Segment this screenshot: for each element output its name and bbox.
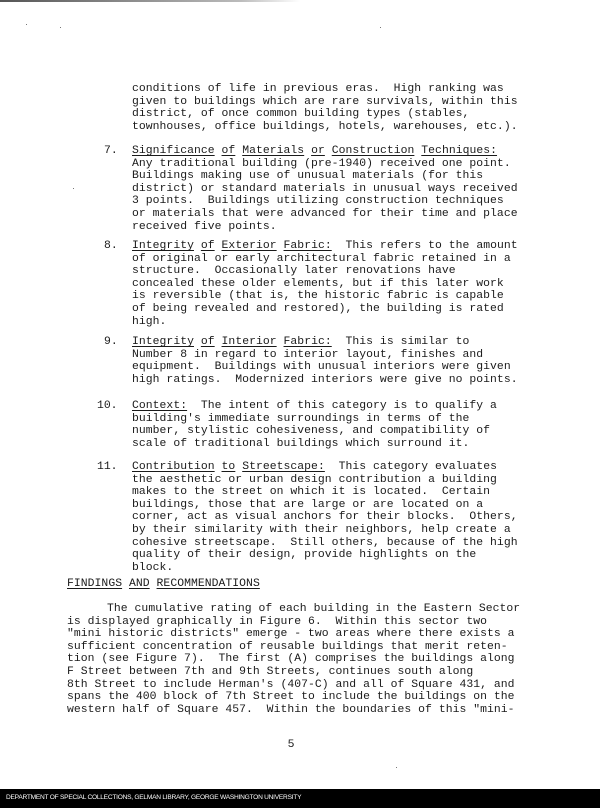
item-body: Integrity of Exterior Fabric: This refer… [132, 240, 518, 328]
text-line: equipment. Buildings with unusual interi… [132, 361, 518, 374]
item-title-word: Fabric: [284, 336, 332, 348]
item-title-word: Integrity [132, 240, 194, 252]
item-title-word: Fabric: [284, 240, 332, 252]
text-line: number, stylistic cohesiveness, and comp… [132, 425, 497, 438]
archive-credit-text: DEPARTMENT OF SPECIAL COLLECTIONS, GELMA… [6, 793, 301, 803]
text-line: given to buildings which are rare surviv… [132, 96, 518, 109]
intro-paragraph: conditions of life in previous eras. Hig… [132, 83, 518, 133]
item-title-rest: This refers to the amount [332, 240, 518, 252]
findings-paragraph: The cumulative rating of each building i… [67, 603, 520, 716]
text-line: tion (see Figure 7). The first (A) compr… [67, 653, 520, 666]
text-line: or materials that were advanced for thei… [132, 208, 518, 221]
item-title-line: Integrity of Exterior Fabric: This refer… [132, 240, 518, 253]
item-body: Context: The intent of this category is … [132, 400, 497, 450]
text-line: makes to the street on which it is locat… [132, 486, 518, 499]
item-title-line: Context: The intent of this category is … [132, 400, 497, 413]
text-line: 3 points. Buildings utilizing constructi… [132, 195, 518, 208]
heading-word: AND [129, 578, 150, 590]
page-number: 5 [0, 739, 582, 752]
scan-speck [26, 24, 27, 25]
text-line: conditions of life in previous eras. Hig… [132, 83, 518, 96]
item-number: 11. [97, 461, 118, 474]
text-line: The cumulative rating of each building i… [67, 603, 520, 616]
item-body: Contribution to Streetscape: This catego… [132, 461, 518, 574]
item-body: Significance of Materials or Constructio… [132, 145, 518, 233]
item-title-rest: This is similar to [332, 336, 470, 348]
item-title-rest: The intent of this category is to qualif… [187, 400, 497, 412]
text-line: high. [132, 316, 518, 329]
text-line: Any traditional building (pre-1940) rece… [132, 158, 518, 171]
text-line: Buildings making use of unusual material… [132, 170, 518, 183]
text-line: district) or standard materials in unusu… [132, 183, 518, 196]
scan-speck [73, 188, 74, 189]
text-line: received five points. [132, 221, 518, 234]
heading-word: FINDINGS [67, 578, 122, 590]
item-number: 10. [97, 400, 118, 413]
section-heading-findings: FINDINGS AND RECOMMENDATIONS [67, 578, 260, 591]
item-body: Integrity of Interior Fabric: This is si… [132, 336, 518, 386]
text-line: is displayed graphically in Figure 6. Wi… [67, 616, 520, 629]
text-line: quality of their design, provide highlig… [132, 549, 518, 562]
item-number: 8. [104, 240, 118, 253]
item-title-word: of [201, 240, 215, 252]
item-title-word: Significance [132, 145, 215, 157]
text-line: F Street between 7th and 9th Streets, co… [67, 666, 520, 679]
text-line: sufficient concentration of reusable bui… [67, 641, 520, 654]
item-title-word: Materials [242, 145, 304, 157]
text-line: of being revealed and restored), the bui… [132, 303, 518, 316]
text-line: scale of traditional buildings which sur… [132, 438, 497, 451]
item-number: 9. [104, 336, 118, 349]
text-line: structure. Occasionally later renovation… [132, 265, 518, 278]
document-page: conditions of life in previous eras. Hig… [0, 0, 600, 789]
item-title-word: Interior [222, 336, 277, 348]
item-title-word: Integrity [132, 336, 194, 348]
archive-credit-bar: DEPARTMENT OF SPECIAL COLLECTIONS, GELMA… [0, 789, 600, 808]
text-line: block. [132, 562, 518, 575]
scan-speck [60, 27, 61, 28]
text-line: townhouses, office buildings, hotels, wa… [132, 121, 518, 134]
text-line: by their similarity with their neighbors… [132, 524, 518, 537]
text-line: of original or early architectural fabri… [132, 253, 518, 266]
scan-speck [380, 27, 381, 28]
text-line: Number 8 in regard to interior layout, f… [132, 349, 518, 362]
item-title-word: of [201, 336, 215, 348]
item-title-word: Contribution [132, 461, 215, 473]
heading-word: RECOMMENDATIONS [157, 578, 260, 590]
text-line: spans the 400 block of 7th Street to inc… [67, 691, 520, 704]
item-title-word: Streetscape: [242, 461, 325, 473]
text-line: buildings, those that are large or are l… [132, 499, 518, 512]
item-number: 7. [104, 145, 118, 158]
item-title-line: Integrity of Interior Fabric: This is si… [132, 336, 518, 349]
text-line: high ratings. Modernized interiors were … [132, 374, 518, 387]
item-title-word: Construction [332, 145, 415, 157]
text-line: corner, act as visual anchors for their … [132, 511, 518, 524]
text-line: district, of once common building types … [132, 108, 518, 121]
text-line: concealed these older elements, but if t… [132, 278, 518, 291]
item-title-word: or [311, 145, 325, 157]
scan-speck [396, 767, 397, 768]
item-title-word: Context: [132, 400, 187, 412]
item-title-line: Significance of Materials or Constructio… [132, 145, 518, 158]
text-line: cohesive streetscape. Still others, beca… [132, 537, 518, 550]
item-title-word: Techniques: [421, 145, 497, 157]
item-title-rest: This category evaluates [325, 461, 497, 473]
item-title-word: of [222, 145, 236, 157]
text-line: 8th Street to include Herman's (407-C) a… [67, 679, 520, 692]
item-title-line: Contribution to Streetscape: This catego… [132, 461, 518, 474]
item-title-word: Exterior [222, 240, 277, 252]
text-line: western half of Square 457. Within the b… [67, 704, 520, 717]
text-line: building's immediate surroundings in ter… [132, 413, 497, 426]
item-title-word: to [222, 461, 236, 473]
text-line: "mini historic districts" emerge - two a… [67, 628, 520, 641]
text-line: is reversible (that is, the historic fab… [132, 290, 518, 303]
text-line: the aesthetic or urban design contributi… [132, 474, 518, 487]
